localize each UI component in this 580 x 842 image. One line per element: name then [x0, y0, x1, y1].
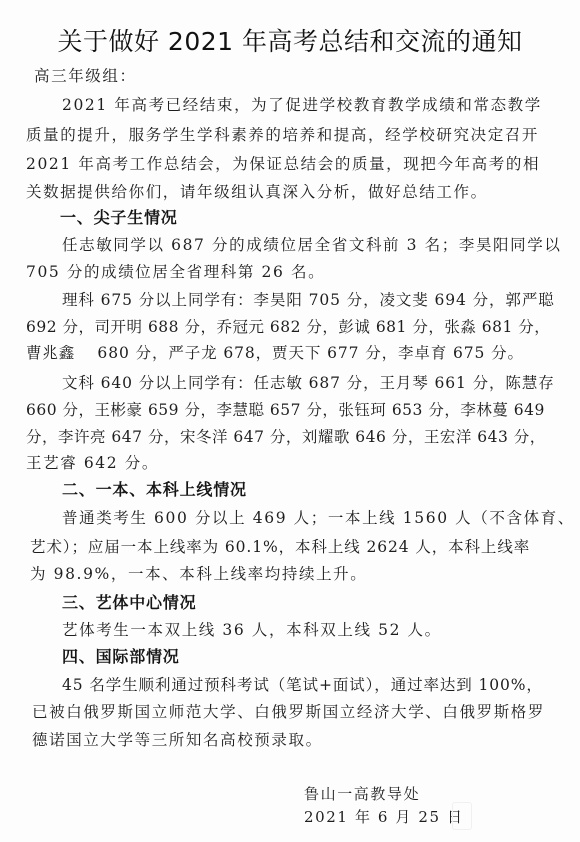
faint-stamp-mark [452, 802, 472, 830]
section-heading: 二、一本、本科上线情况 [62, 480, 247, 500]
paragraph-line: 艺体考生一本双上线 36 人，本科双上线 52 人。 [62, 620, 442, 640]
section-heading: 四、国际部情况 [62, 647, 180, 667]
salutation: 高三年级组： [34, 66, 137, 86]
intro-line: 2021 年高考已经结束，为了促进学校教育教学成绩和常态教学 [62, 95, 542, 115]
paragraph-line: 德诺国立大学等三所知名高校预录取。 [32, 730, 323, 750]
intro-line: 2021 年高考工作总结会，为保证总结会的质量，现把今年高考的相 [26, 154, 540, 174]
section-heading: 三、艺体中心情况 [62, 593, 196, 613]
paragraph-line: 660 分，王彬豪 659 分，李慧聪 657 分，张钰珂 653 分，李林蔓 … [26, 400, 545, 420]
paragraph-line: 普通类考生 600 分以上 469 人；一本上线 1560 人（不含体育、 [62, 508, 575, 528]
paragraph-line: 理科 675 分以上同学有：李昊阳 705 分，凌文斐 694 分，郭严聪 [62, 290, 555, 310]
paragraph-line: 文科 640 分以上同学有：任志敏 687 分，王月琴 661 分，陈慧存 [62, 373, 555, 393]
paragraph-line: 已被白俄罗斯国立师范大学、白俄罗斯国立经济大学、白俄罗斯格罗 [32, 702, 545, 722]
paragraph-line: 任志敏同学以 687 分的成绩位居全省文科前 3 名；李昊阳同学以 [62, 235, 561, 255]
document-title: 关于做好 2021 年高考总结和交流的通知 [0, 22, 580, 58]
paragraph-line: 705 分的成绩位居全省理科第 26 名。 [26, 262, 325, 282]
issuer: 鲁山一高教导处 [304, 783, 420, 804]
intro-line: 关数据提供给你们，请年级组认真深入分析，做好总结工作。 [26, 182, 488, 202]
paragraph-line: 为 98.9%，一本、本科上线率均持续上升。 [30, 564, 367, 584]
issue-date: 2021 年 6 月 25 日 [304, 806, 464, 827]
paragraph-line: 王艺睿 642 分。 [26, 453, 159, 473]
document-page: 关于做好 2021 年高考总结和交流的通知 高三年级组： 2021 年高考已经结… [0, 0, 580, 842]
paragraph-line: 分，李许亮 647 分，宋冬洋 647 分，刘耀歌 646 分，王宏洋 643 … [26, 427, 546, 447]
section-heading: 一、尖子生情况 [60, 208, 178, 228]
paragraph-line: 曹兆鑫 680 分，严子龙 678，贾天下 677 分，李卓育 675 分。 [26, 343, 524, 363]
intro-line: 质量的提升，服务学生学科素养的培养和提高，经学校研究决定召开 [26, 125, 539, 145]
paragraph-line: 艺术）；应届一本上线率为 60.1%，本科上线 2624 人，本科上线率 [30, 537, 530, 557]
paragraph-line: 692 分，司开明 688 分，乔冠元 682 分，彭诚 681 分，张淼 68… [26, 317, 550, 337]
paragraph-line: 45 名学生顺利通过预科考试（笔试+面试），通过率达到 100%， [62, 675, 543, 695]
